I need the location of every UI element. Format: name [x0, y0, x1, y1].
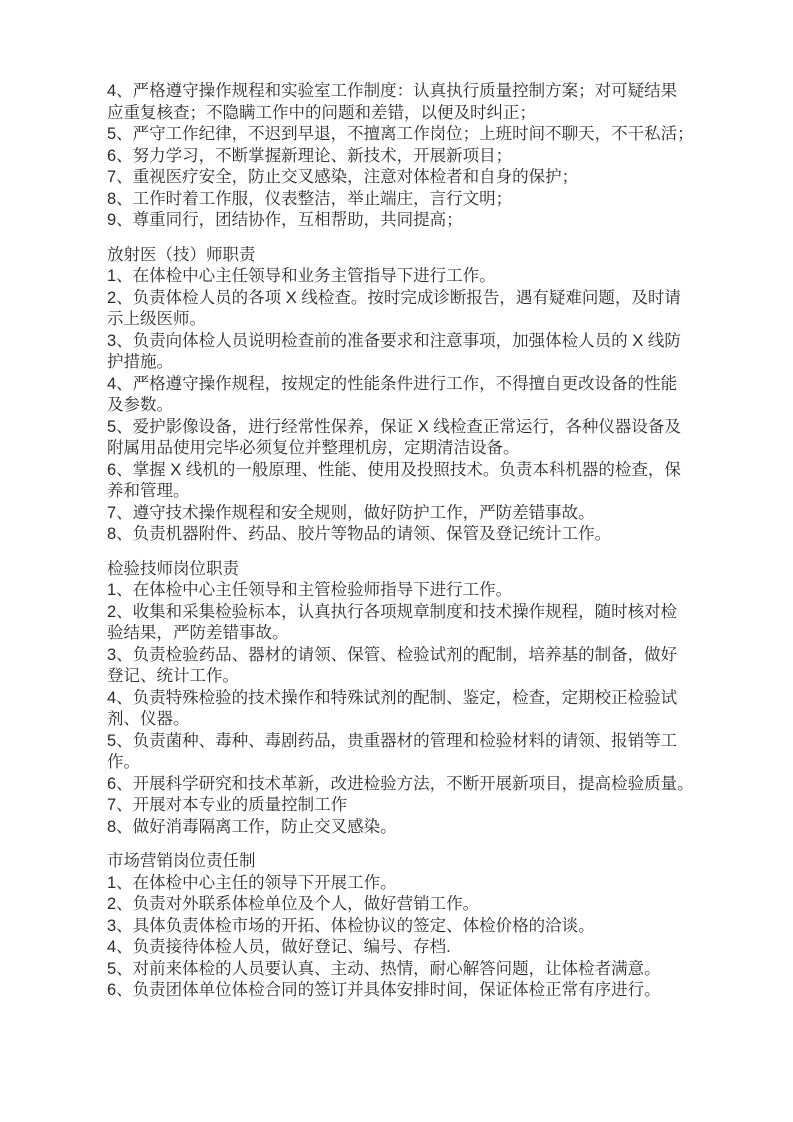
text-line: 4、负责接待体检人员，做好登记、编号、存档.: [107, 937, 707, 959]
text-line: 1、在体检中心主任领导和主管检验师指导下进行工作。: [107, 580, 707, 602]
text-line: 4、严格遵守操作规程，按规定的性能条件进行工作，不得擅自更改设备的性能: [107, 374, 707, 396]
section-2: 放射医（技）师职责1、在体检中心主任领导和业务主管指导下进行工作。2、负责体检人…: [107, 245, 707, 546]
text-line: 登记、统计工作。: [107, 666, 707, 688]
text-line: 应重复核查；不隐瞒工作中的问题和差错，以便及时纠正；: [107, 103, 707, 125]
section-title: 市场营销岗位责任制: [107, 851, 707, 873]
section-title: 检验技师岗位职责: [107, 559, 707, 581]
section-3: 检验技师岗位职责1、在体检中心主任领导和主管检验师指导下进行工作。2、收集和采集…: [107, 559, 707, 839]
text-line: 9、尊重同行，团结协作，互相帮助，共同提高；: [107, 210, 707, 232]
text-line: 附属用品使用完毕必须复位并整理机房，定期清洁设备。: [107, 438, 707, 460]
section-1: 4、严格遵守操作规程和实验室工作制度：认真执行质量控制方案；对可疑结果应重复核查…: [107, 81, 707, 232]
text-line: 作。: [107, 752, 707, 774]
document-content: 4、严格遵守操作规程和实验室工作制度：认真执行质量控制方案；对可疑结果应重复核查…: [107, 81, 707, 1002]
text-line: 6、开展科学研究和技术革新，改进检验方法，不断开展新项目，提高检验质量。: [107, 774, 707, 796]
text-line: 6、掌握 X 线机的一般原理、性能、使用及投照技术。负责本科机器的检查，保: [107, 460, 707, 482]
text-line: 8、负责机器附件、药品、胶片等物品的请领、保管及登记统计工作。: [107, 524, 707, 546]
text-line: 6、负责团体单位体检合同的签订并具体安排时间，保证体检正常有序进行。: [107, 980, 707, 1002]
text-line: 2、负责体检人员的各项 X 线检查。按时完成诊断报告，遇有疑难问题，及时请: [107, 288, 707, 310]
text-line: 示上级医师。: [107, 309, 707, 331]
text-line: 5、负责菌种、毒种、毒剧药品，贵重器材的管理和检验材料的请领、报销等工: [107, 731, 707, 753]
document-page: 4、严格遵守操作规程和实验室工作制度：认真执行质量控制方案；对可疑结果应重复核查…: [0, 0, 793, 1122]
text-line: 及参数。: [107, 395, 707, 417]
text-line: 3、负责向体检人员说明检查前的准备要求和注意事项，加强体检人员的 X 线防: [107, 331, 707, 353]
text-line: 7、开展对本专业的质量控制工作: [107, 795, 707, 817]
section-4: 市场营销岗位责任制1、在体检中心主任的领导下开展工作。2、负责对外联系体检单位及…: [107, 851, 707, 1002]
text-line: 6、努力学习，不断掌握新理论、新技术，开展新项目；: [107, 146, 707, 168]
text-line: 1、在体检中心主任的领导下开展工作。: [107, 873, 707, 895]
text-line: 护措施。: [107, 352, 707, 374]
text-line: 2、负责对外联系体检单位及个人，做好营销工作。: [107, 894, 707, 916]
text-line: 4、严格遵守操作规程和实验室工作制度：认真执行质量控制方案；对可疑结果: [107, 81, 707, 103]
text-line: 5、严守工作纪律，不迟到早退，不擅离工作岗位；上班时间不聊天，不干私活；: [107, 124, 707, 146]
text-line: 3、具体负责体检市场的开拓、体检协议的签定、体检价格的洽谈。: [107, 916, 707, 938]
text-line: 7、重视医疗安全，防止交叉感染，注意对体检者和自身的保护；: [107, 167, 707, 189]
text-line: 1、在体检中心主任领导和业务主管指导下进行工作。: [107, 266, 707, 288]
text-line: 2、收集和采集检验标本，认真执行各项规章制度和技术操作规程，随时核对检: [107, 602, 707, 624]
text-line: 7、遵守技术操作规程和安全规则，做好防护工作，严防差错事故。: [107, 503, 707, 525]
text-line: 养和管理。: [107, 481, 707, 503]
text-line: 8、做好消毒隔离工作，防止交叉感染。: [107, 817, 707, 839]
section-title: 放射医（技）师职责: [107, 245, 707, 267]
text-line: 5、爱护影像设备，进行经常性保养，保证 X 线检查正常运行，各种仪器设备及: [107, 417, 707, 439]
text-line: 验结果，严防差错事故。: [107, 623, 707, 645]
text-line: 5、对前来体检的人员要认真、主动、热情，耐心解答问题，让体检者满意。: [107, 959, 707, 981]
text-line: 3、负责检验药品、器材的请领、保管、检验试剂的配制，培养基的制备，做好: [107, 645, 707, 667]
text-line: 8、工作时着工作服，仪表整洁，举止端庄，言行文明；: [107, 189, 707, 211]
text-line: 4、负责特殊检验的技术操作和特殊试剂的配制、鉴定，检查，定期校正检验试: [107, 688, 707, 710]
text-line: 剂、仪器。: [107, 709, 707, 731]
